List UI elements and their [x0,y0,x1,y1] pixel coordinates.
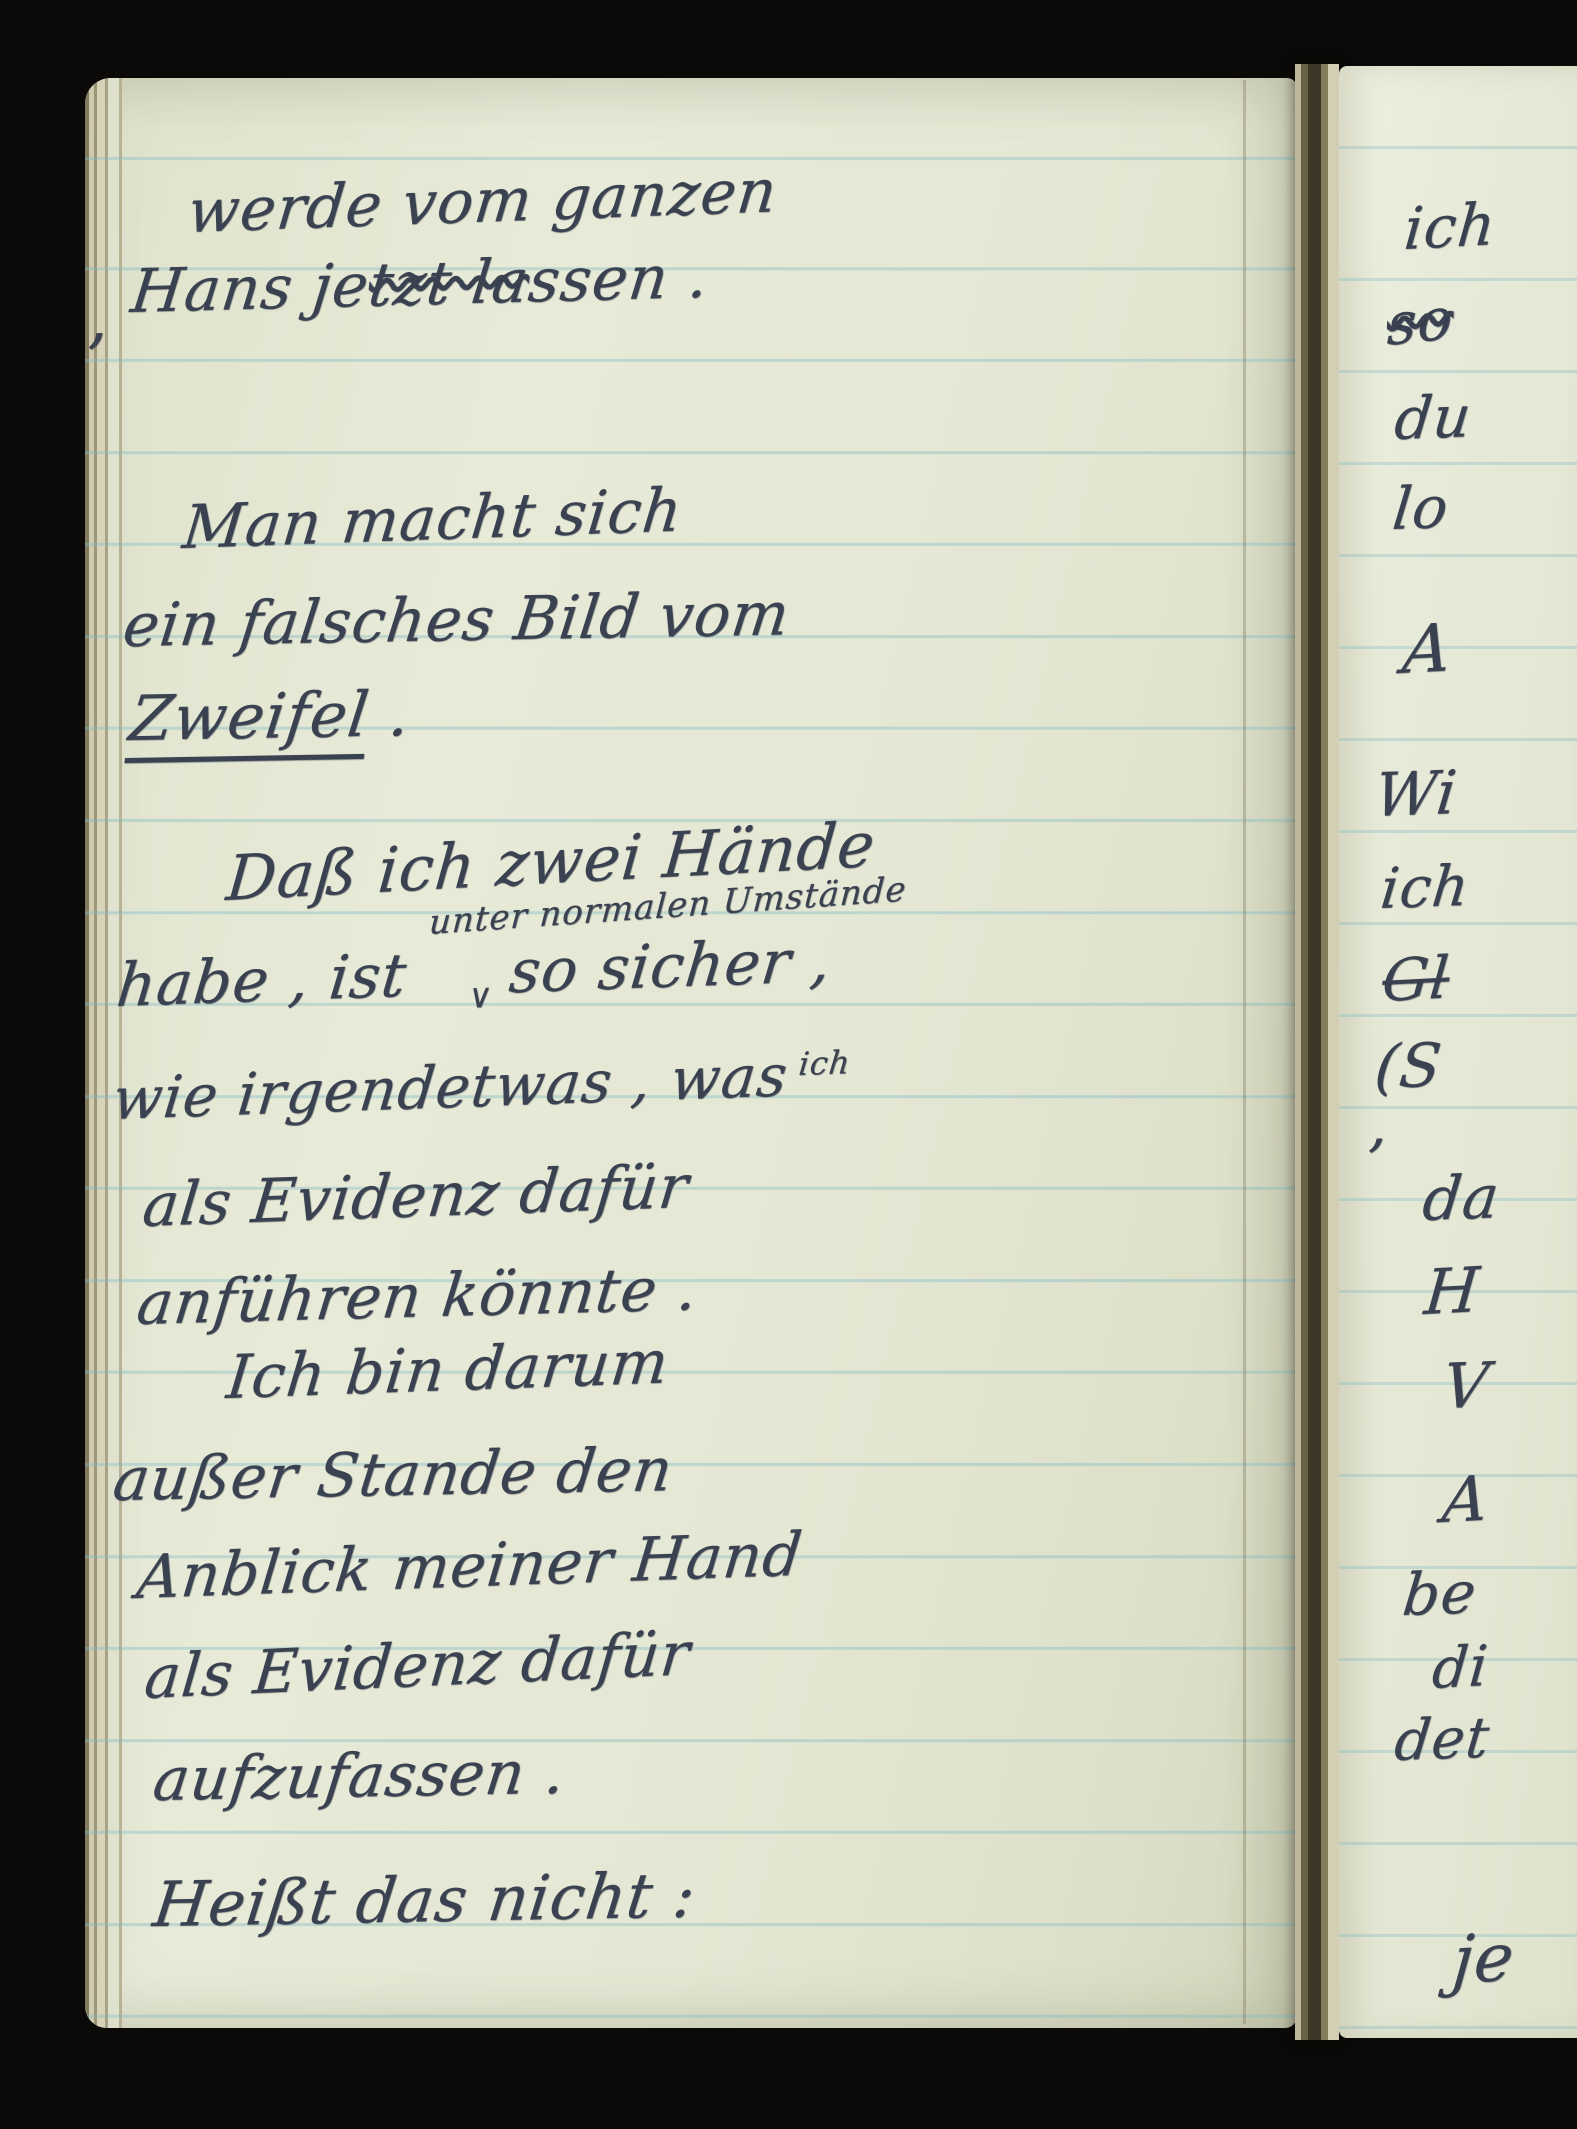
handwritten-line: als Evidenz dafür [140,1157,692,1236]
handwritten-fragment: ich [1402,195,1498,258]
handwritten-fragment: be [1400,1563,1480,1624]
page-fold-line [1243,80,1246,2024]
handwritten-fragment: di [1430,1639,1491,1698]
handwritten-fragment: (S [1372,1035,1445,1098]
handwritten-fragment: da [1420,1167,1502,1230]
page-edge-stack [85,78,141,2028]
handwritten-fragment: A [1400,615,1454,684]
line-text: so sicher , [506,926,835,1008]
handwritten-fragment: du [1392,387,1475,448]
superscript-word: ich [797,1043,853,1083]
handwritten-line: Heißt das nicht : [150,1864,699,1936]
struck-fragment: Gl [1380,948,1452,1010]
line-text: ssen . [525,242,713,317]
margin-stray-mark: , [84,287,110,352]
handwritten-line: aufzufassen . [150,1743,569,1810]
handwritten-line: Man macht sich [180,480,685,558]
handwritten-fragment: ich [1378,859,1472,918]
notebook-photo: , werde vom ganzen Hans jetzt lassen . M… [0,0,1577,2129]
handwritten-fragment: H [1422,1259,1482,1324]
insertion-caret: ∨ [466,979,495,1013]
struck-word: tzt la [365,246,533,320]
handwritten-line: Hans jetzt lassen . [128,247,712,322]
handwritten-line: ein falsches Bild vom [120,584,793,656]
handwritten-line: Zweifel . [126,683,414,750]
handwritten-fragment: , [1368,1096,1387,1154]
struck-fragment: so [1386,288,1454,354]
handwritten-fragment: A [1440,1467,1491,1532]
handwritten-line: außer Stande den [110,1440,676,1510]
handwritten-fragment: Wi [1372,763,1460,826]
gutter-crease [1295,64,1339,2040]
handwritten-line: anführen könnte . [134,1259,701,1334]
handwritten-fragment: je [1450,1924,1517,1994]
line-text: habe , ist [113,941,410,1021]
underlined-word: Zweifel [125,678,373,755]
line-text: Hans je [127,251,373,327]
handwritten-line: Ich bin darum [224,1332,672,1408]
handwritten-fragment: V [1440,1354,1492,1418]
handwritten-fragment: lo [1390,478,1452,538]
handwritten-fragment: det [1392,1710,1492,1770]
